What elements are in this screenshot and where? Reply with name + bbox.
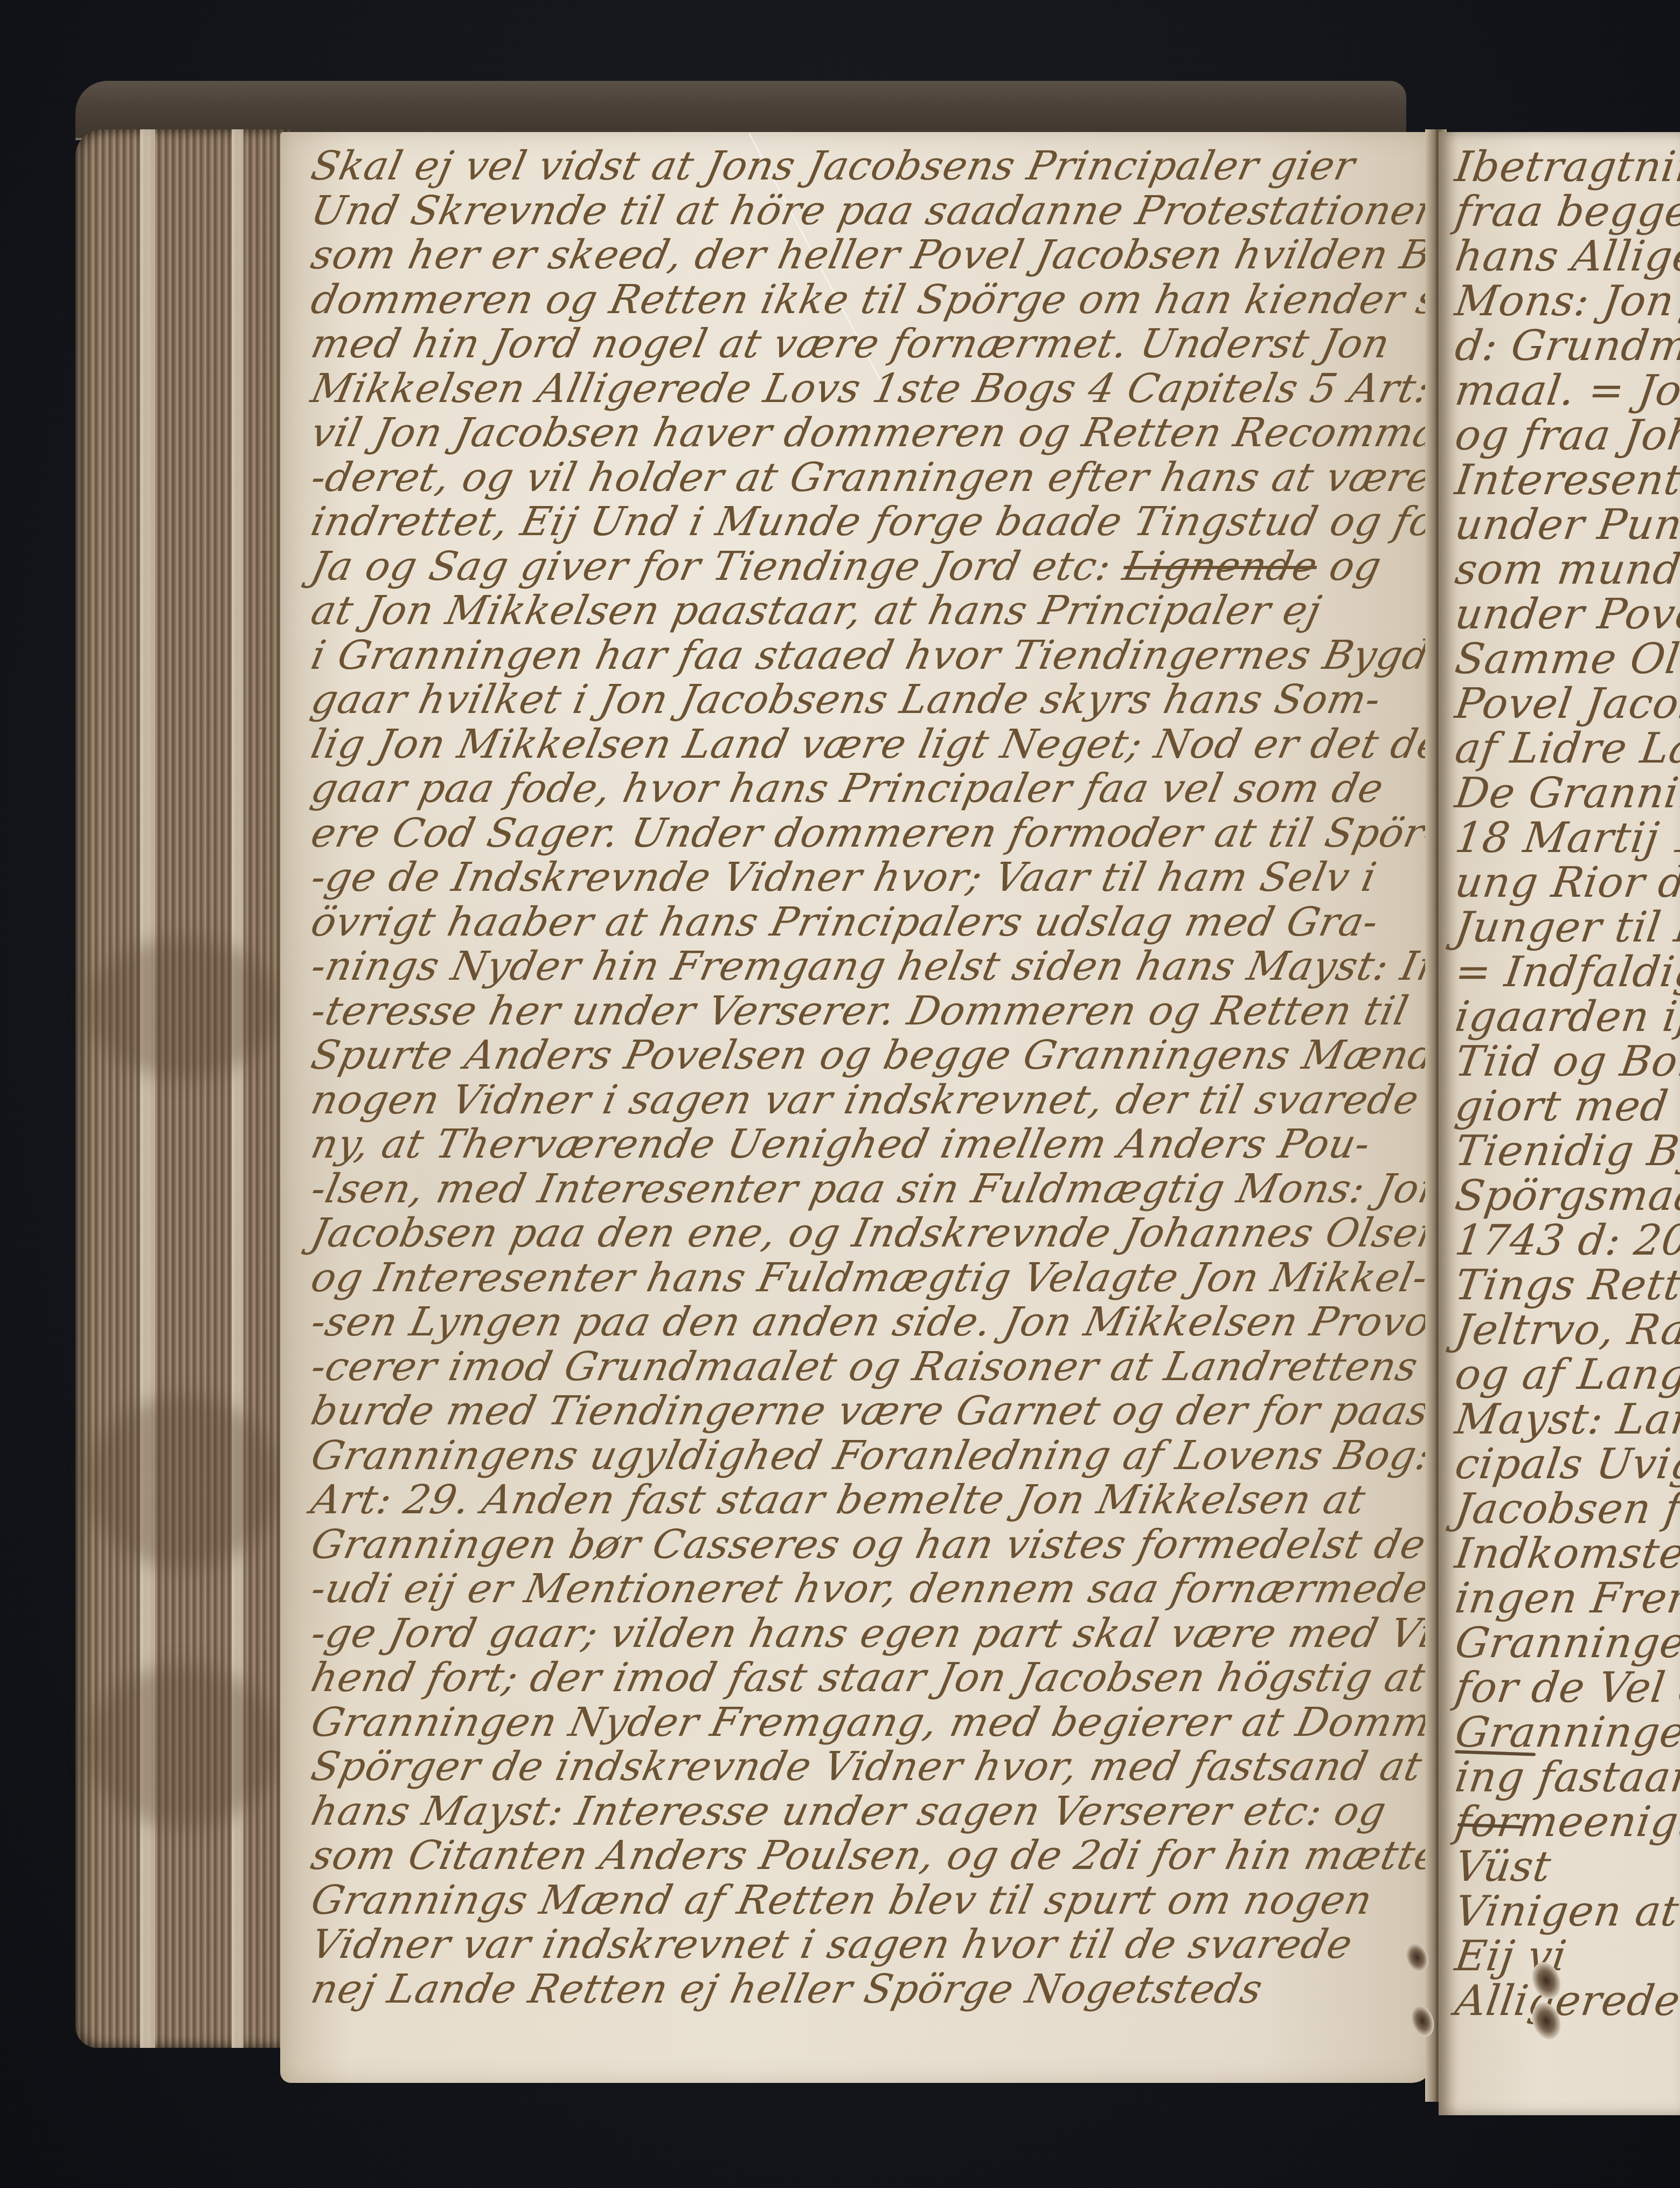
manuscript-line: hans Alligerede — [1452, 232, 1680, 281]
manuscript-line: 1743 d: 20 — [1452, 1216, 1680, 1265]
manuscript-line: -cerer imod Grundmaalet og Raisoner at L… — [307, 1344, 1422, 1390]
manuscript-line: at Jon Mikkelsen paastaar, at hans Princ… — [307, 587, 1325, 634]
manuscript-line: Granningens — [1452, 1708, 1680, 1757]
manuscript-line: -teresse her under Verserer. Dommeren og… — [307, 988, 1413, 1034]
manuscript-line: Ibetragtning — [1452, 143, 1680, 191]
manuscript-line: -lsen, med Interesenter paa sin Fuldmægt… — [307, 1166, 1450, 1212]
manuscript-line: d: Grundmaal G — [1452, 322, 1680, 370]
manuscript-line: giort med or, — [1452, 1082, 1680, 1131]
manuscript-line: og Interesenter hans Fuldmægtig Velagte … — [307, 1255, 1432, 1301]
manuscript-line: som her er skeed, der heller Povel Jacob… — [307, 232, 1537, 278]
manuscript-line: fraa begge Sider — [1452, 188, 1680, 236]
manuscript-line: Tings Rett — [1452, 1261, 1680, 1310]
manuscript-line: Skal ej vel vidst at Jons Jacobsens Prin… — [307, 143, 1359, 189]
manuscript-line: Alligerede R — [1452, 1977, 1680, 2025]
manuscript-line: Granningen bør Casseres og han vistes fo… — [307, 1521, 1444, 1568]
manuscript-line: for de Vel at — [1452, 1664, 1680, 1712]
manuscript-line: Mayst: Land for — [1452, 1395, 1680, 1444]
manuscript-line: ingen Fremgang — [1452, 1574, 1680, 1623]
manuscript-line: Povel Jacobsen — [1452, 680, 1680, 728]
manuscript-line: under Povel Jun — [1452, 590, 1680, 639]
manuscript-line: ung Rior damen for — [1452, 858, 1680, 907]
manuscript-line: -sen Lyngen paa den anden side. Jon Mikk… — [307, 1299, 1449, 1345]
manuscript-line: Spurte Anders Povelsen og begge Granning… — [307, 1032, 1590, 1078]
manuscript-line: af Lidre Landen Dan — [1452, 724, 1680, 773]
manuscript-line: Spörger de indskrevnde Vidner hvor, med … — [307, 1743, 1426, 1790]
manuscript-line: Spörgsmaal at — [1452, 1172, 1680, 1220]
manuscript-line: ere Cod Sager. Under dommeren formoder a… — [307, 810, 1443, 856]
manuscript-line: De Granning som — [1452, 769, 1680, 818]
page-stack-fore-edge — [75, 129, 291, 2048]
manuscript-line: Vüst — [1452, 1843, 1554, 1891]
manuscript-line: lig Jon Mikkelsen Land være ligt Neget; … — [307, 721, 1447, 767]
manuscript-line: Und Skrevnde til at höre paa saadanne Pr… — [307, 188, 1440, 234]
manuscript-line: Granningens ugyldighed Foranledning af L… — [307, 1432, 1526, 1479]
manuscript-line: hans Mayst: Interesse under sagen Verser… — [307, 1788, 1391, 1834]
manuscript-line: övrigt haaber at hans Principalers udsla… — [307, 899, 1383, 945]
manuscript-line: Granningens i — [1452, 1619, 1680, 1667]
manuscript-line: Jacobsen faa — [1452, 1485, 1680, 1533]
manuscript-line: Mikkelsen Alligerede Lovs 1ste Bogs 4 Ca… — [307, 365, 1434, 412]
manuscript-line: Vidner var indskrevnet i sagen hvor til … — [307, 1921, 1357, 1968]
manuscript-line: Jacobsen paa den ene, og Indskrevnde Joh… — [307, 1210, 1449, 1256]
manuscript-line: Grannings Mænd af Retten blev til spurt … — [307, 1877, 1377, 1923]
manuscript-line: som Citanten Anders Poulsen, og de 2di f… — [307, 1832, 1443, 1879]
manuscript-line: med hin Jord nogel at være fornærmet. Un… — [307, 321, 1394, 367]
manuscript-line: nogen Vidner i sagen var indskrevnet, de… — [307, 1077, 1487, 1123]
manuscript-line: Junger til Falli — [1452, 903, 1680, 952]
manuscript-line: ing fastaar — [1452, 1753, 1680, 1802]
manuscript-line: Samme Ole sen — [1452, 635, 1680, 683]
manuscript-line: Interesenter — [1452, 456, 1680, 504]
manuscript-line: maal. = Jon — [1452, 366, 1680, 415]
manuscript-line: i Granningen har faa staaed hvor Tiendin… — [307, 632, 1472, 678]
manuscript-line: Tienidig Byrd dom — [1452, 1127, 1680, 1175]
water-stain — [86, 1396, 280, 1568]
manuscript-line: -deret, og vil holder at Granningen efte… — [307, 454, 1436, 501]
manuscript-line: -udi eij er Mentioneret hvor, dennem saa… — [307, 1566, 1601, 1612]
manuscript-line: dommeren og Retten ikke til Spörge om ha… — [307, 276, 1482, 323]
manuscript-line: og fraa Johannes — [1452, 411, 1680, 460]
manuscript-line: og af Lang — [1452, 1351, 1680, 1399]
manuscript-line: gaar hvilket i Jon Jacobsens Lande skyrs… — [307, 676, 1385, 723]
manuscript-line: indrettet, Eij Und i Munde forge baade T… — [307, 498, 1459, 545]
manuscript-line: Indkomster og at — [1452, 1529, 1680, 1578]
manuscript-line: Vinigen at — [1452, 1887, 1680, 1936]
manuscript-line: -ge Jord gaar; vilden hans egen part ska… — [307, 1610, 1534, 1657]
manuscript-line: Mons: Jon Jaco — [1452, 277, 1680, 326]
manuscript-line: igaarden iff — [1452, 993, 1680, 1041]
manuscript-line: nej Lande Retten ej heller Spörge Nogets… — [307, 1966, 1267, 2012]
manuscript-line: Art: 29. Anden fast staar bemelte Jon Mi… — [307, 1477, 1370, 1523]
manuscript-line: vil Jon Jacobsen haver dommeren og Rette… — [307, 410, 1483, 456]
manuscript-line: gaar paa fode, hvor hans Principaler faa… — [307, 765, 1388, 812]
water-stain — [86, 1665, 280, 1827]
manuscript-line: cipals Uvigtig — [1452, 1440, 1680, 1488]
manuscript-line: 18 Martij 1714 — [1452, 814, 1680, 862]
manuscript-line: Granningen Nyder Fremgang, med begierer … — [307, 1699, 1586, 1746]
manuscript-line: Ja og Sag giver for Tiendinge Jord etc: … — [307, 543, 1386, 590]
struck-word: Lignende — [1119, 543, 1322, 590]
manuscript-line: formeenigt vj — [1452, 1798, 1680, 1846]
manuscript-line: = Indfaldig — [1452, 948, 1680, 996]
manuscript-photo: Skal ej vel vidst at Jons Jacobsens Prin… — [0, 0, 1680, 2188]
manuscript-line: Tiid og Bord — [1452, 1037, 1680, 1086]
manuscript-line: ny, at Therværende Uenighed imellem Ande… — [307, 1121, 1374, 1167]
manuscript-line: under Punctum — [1452, 501, 1680, 549]
left-page: Skal ej vel vidst at Jons Jacobsens Prin… — [280, 132, 1433, 2083]
manuscript-line: hend fort; der imod fast staar Jon Jacob… — [307, 1654, 1431, 1701]
manuscript-line: burde med Tiendingerne være Garnet og de… — [307, 1388, 1518, 1434]
manuscript-line: -nings Nyder hin Fremgang helst siden ha… — [307, 943, 1463, 989]
right-page-fragment: Ibetragtningfraa begge Siderhans Alliger… — [1439, 132, 1680, 2115]
water-stain — [86, 938, 280, 1078]
manuscript-line: -ge de Indskrevnde Vidner hvor; Vaar til… — [307, 854, 1380, 901]
manuscript-line: Jeltrvo, Ra — [1452, 1306, 1680, 1354]
manuscript-line: som mundtlig G — [1452, 545, 1680, 594]
